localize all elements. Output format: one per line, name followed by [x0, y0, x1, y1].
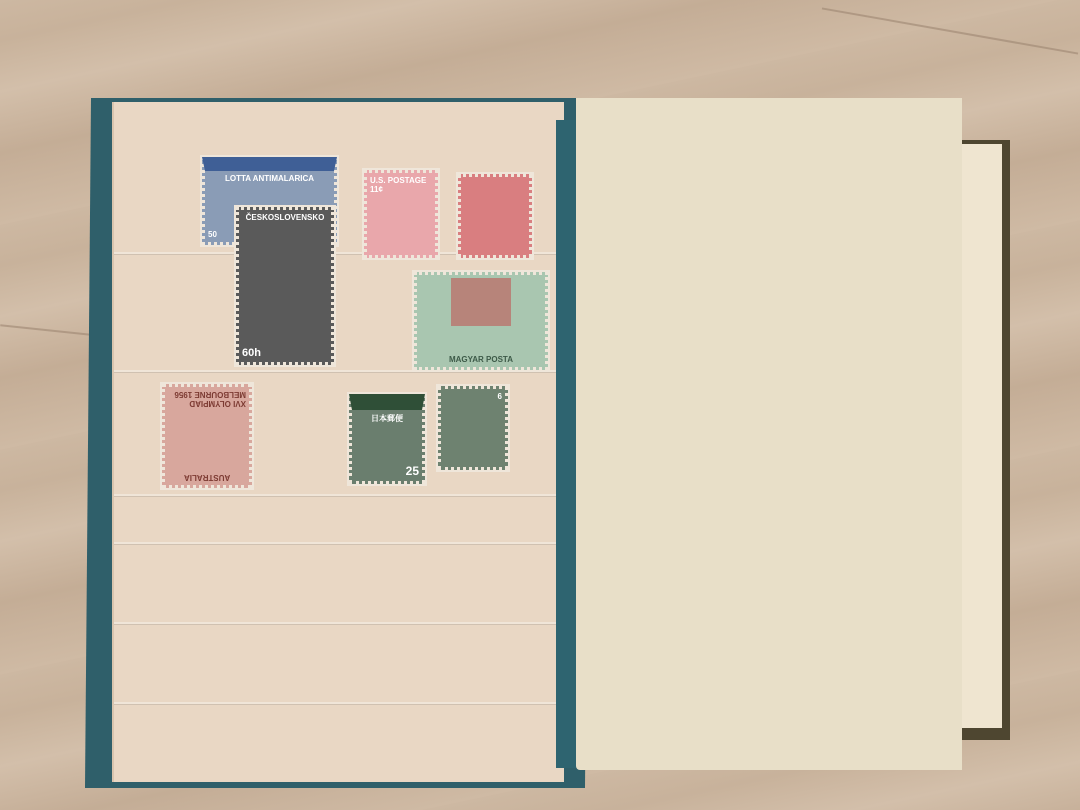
stamp-red: [458, 174, 532, 258]
stamp-hungary: MAGYAR POSTA: [414, 272, 548, 370]
stamp-value: 50: [208, 230, 217, 239]
stamp-value: 6: [498, 392, 502, 401]
stamp-value: 60h: [242, 347, 261, 359]
floor-seam: [822, 7, 1078, 54]
stamp-japan: 日本郵便 25: [349, 394, 425, 484]
album-page-left: LOTTA ANTIMALARICA 50 ČESKOSLOVENSKO 60h…: [112, 102, 564, 782]
stamp-caption: XVI OLYMPIAD MELBOURNE 1956: [168, 390, 246, 408]
stamp-text: ČESKOSLOVENSKO: [246, 213, 325, 222]
stamp-czech: ČESKOSLOVENSKO 60h: [236, 207, 334, 365]
stamp-text: U.S. POSTAGE 11¢: [370, 176, 432, 194]
stamp-value: 25: [406, 464, 419, 478]
stamp-text: 日本郵便: [371, 413, 403, 424]
stamp-text: LOTTA ANTIMALARICA: [225, 174, 314, 183]
stamp-japan2: 6: [438, 386, 508, 470]
stamp-text: AUSTRALIA: [184, 473, 230, 482]
stamp-usa: U.S. POSTAGE 11¢: [364, 170, 438, 258]
stamp-australia: XVI OLYMPIAD MELBOURNE 1956 AUSTRALIA: [162, 384, 252, 488]
stamp-text: MAGYAR POSTA: [449, 355, 513, 364]
album-page-right: [576, 98, 962, 770]
